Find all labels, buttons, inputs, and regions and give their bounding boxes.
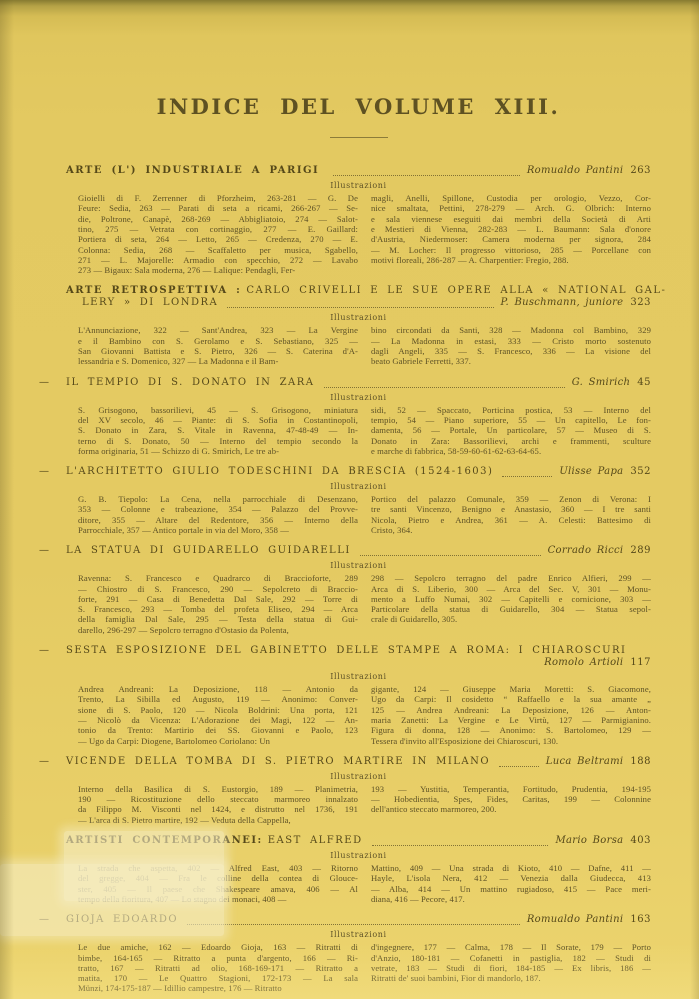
illustration-line: magli, Anelli, Spillone, Custodia per or… xyxy=(371,193,651,203)
index-section: — GIOJA EDOARDO Romualdo Pantini163 Illu… xyxy=(66,914,651,993)
illustration-line: Ravenna: S. Francesco e Quadrarco di Bra… xyxy=(78,573,358,583)
column-right: d'ingegnere, 177 — Calma, 178 — Il Sorat… xyxy=(371,942,651,993)
column-right: magli, Anelli, Spillone, Custodia per or… xyxy=(371,193,651,275)
illustration-line: — Hobedientia, Spes, Fides, Caritas, 199… xyxy=(371,794,651,804)
illustration-line: Particolare della statua di Guidarello, … xyxy=(371,604,651,614)
illustration-line: del gregge, 404 — Fra le colline della c… xyxy=(78,873,358,883)
illustration-line: Le due amiche, 162 — Edoardo Gioja, 163 … xyxy=(78,942,358,952)
illustrations-label: Illustrazioni xyxy=(66,393,651,403)
column-right: 298 — Sepolcro terragno del padre Enrico… xyxy=(371,573,651,635)
illustration-line: tempo della fioritura, 407 — Lo stagno d… xyxy=(78,894,358,904)
illustrations-label: Illustrazioni xyxy=(66,313,651,323)
illustration-line: vetrate, 183 — Studi di fiori, 184-185 —… xyxy=(371,963,651,973)
entry-page-number: 403 xyxy=(630,835,651,846)
entry-title-line1: — SESTA ESPOSIZIONE DEL GABINETTO DELLE … xyxy=(66,645,651,657)
scanned-index-page: { "page": { "title": "INDICE DEL VOLUME … xyxy=(0,0,699,999)
illustration-line: San Giovanni Battista e S. Pietro, 326 —… xyxy=(78,346,358,356)
entry-dash: — xyxy=(39,645,49,657)
illustration-line: Tessera d'invito all'Esposizione dei Chi… xyxy=(371,736,651,746)
illustration-line: Parrocchiale, 357 — Antico portale in vi… xyxy=(78,525,358,535)
illustration-line: tino, 275 — Vetrata con cortinaggio, 277… xyxy=(78,224,358,234)
illustration-line: dagli Angeli, 335 — S. Francesco, 336 — … xyxy=(371,346,651,356)
entry-title: ARTISTI CONTEMPORANEI:EAST ALFRED xyxy=(66,835,363,847)
illustration-line: 273 — Bigaux: Sala moderna, 276 — Laliqu… xyxy=(78,265,358,275)
entry-dash: — xyxy=(39,466,49,478)
entry-title: GIOJA EDOARDO xyxy=(66,914,178,926)
page-content: INDICE DEL VOLUME XIII. ARTE (L') INDUST… xyxy=(0,0,699,994)
illustrations-columns: L'Annunciazione, 322 — Sant'Andrea, 323 … xyxy=(66,325,651,366)
entry-heading: — L'ARCHITETTO GIULIO TODESCHINI DA BRES… xyxy=(66,466,651,479)
entry-title: LA STATUA DI GUIDARELLO GUIDARELLI xyxy=(66,545,351,557)
illustration-line: S. Grisogono, bassorilievi, 45 — S. Gris… xyxy=(78,405,358,415)
illustration-line: lessandria e S. Domenico, 327 — La Madon… xyxy=(78,356,358,366)
entry-author: Mario Borsa403 xyxy=(555,835,651,847)
illustration-line: — La Madonna in estasi, 333 — Cristo mor… xyxy=(371,336,651,346)
entry-title: IL TEMPIO DI S. DONATO IN ZARA xyxy=(66,377,315,389)
column-left: Andrea Andreani: La Deposizione, 118 — A… xyxy=(78,684,358,746)
illustration-line: d'ingegnere, 177 — Calma, 178 — Il Sorat… xyxy=(371,942,651,952)
illustration-line: 125 — Andrea Andreani: La Deposizione, 1… xyxy=(371,705,651,715)
illustration-line: Andrea Andreani: La Deposizione, 118 — A… xyxy=(78,684,358,694)
illustration-line: 190 — Ricostituzione dello steccato marm… xyxy=(78,794,358,804)
illustration-line: Ritratti de' suoi bambini, Fior di mando… xyxy=(371,973,651,983)
illustrations-columns: Ravenna: S. Francesco e Quadrarco di Bra… xyxy=(66,573,651,635)
illustration-line: motivi floreali, 286-287 — A. Charpentie… xyxy=(371,255,651,265)
illustration-line: dell'antico steccato marmoreo, 200. xyxy=(371,804,651,814)
illustration-line: S. Donato in Zara, S. Vitale in Ravenna,… xyxy=(78,425,358,435)
entry-page-number: 323 xyxy=(630,297,651,308)
entry-page-number: 163 xyxy=(630,914,651,925)
illustration-line: e Mestieri di Vienna, 282-283 — L. Bauma… xyxy=(371,224,651,234)
illustration-line: Interno della Basilica di S. Eustorgio, … xyxy=(78,784,358,794)
entry-heading: — GIOJA EDOARDO Romualdo Pantini163 xyxy=(66,914,651,927)
column-left: Ravenna: S. Francesco e Quadrarco di Bra… xyxy=(78,573,358,635)
entry-dash: — xyxy=(39,545,49,557)
illustration-line: La strada che aspetta, 402 — Alfred East… xyxy=(78,863,358,873)
illustration-line: Ugo da Carpi: Il cosidetto “ Raffaello e… xyxy=(371,694,651,704)
entry-title: ARTE (L') INDUSTRIALE A PARIGI xyxy=(66,165,324,177)
illustration-line: Mattino, 409 — Una strada di Kioto, 410 … xyxy=(371,863,651,873)
illustrations-label: Illustrazioni xyxy=(66,851,651,861)
illustration-line: tonio da Trento: Martirio dei SS. Giovan… xyxy=(78,725,358,735)
column-right: sidi, 52 — Spaccato, Porticina postica, … xyxy=(371,405,651,456)
title-rule xyxy=(330,137,388,138)
entry-author: P. Buschmann, juniore323 xyxy=(501,297,652,309)
illustration-line: Portiera di seta, 264 — Letto, 265 — Cre… xyxy=(78,234,358,244)
entry-author: Corrado Ricci289 xyxy=(548,545,651,557)
illustrations-label: Illustrazioni xyxy=(66,561,651,571)
entry-author: Luca Beltrami188 xyxy=(546,756,651,768)
illustration-line: ditore, 355 — Altare del Redentore, 356 … xyxy=(78,515,358,525)
entry-page-number: 45 xyxy=(637,377,651,388)
illustrations-label: Illustrazioni xyxy=(66,930,651,940)
illustration-line: nice smaltata, Pettini, 278-279 — Arch. … xyxy=(371,203,651,213)
illustrations-columns: Le due amiche, 162 — Edoardo Gioja, 163 … xyxy=(66,942,651,993)
illustration-line: e sala viennese eseguiti dai membri dell… xyxy=(371,214,651,224)
dotted-leader xyxy=(75,657,537,667)
illustration-line: Colonna: Sedia, 268 — Scaffaletto per mu… xyxy=(78,245,358,255)
column-right: Portico del palazzo Comunale, 359 — Zeno… xyxy=(371,494,651,535)
entry-heading: — SESTA ESPOSIZIONE DEL GABINETTO DELLE … xyxy=(66,645,651,669)
illustration-line: — M. Locher: Il progresso vittorioso, 28… xyxy=(371,245,651,255)
illustration-line: mento a Luffo Numai, 302 — Capitelli e c… xyxy=(371,594,651,604)
illustration-line: darello, 296-297 — Sepolcro terragno d'O… xyxy=(78,625,358,635)
illustration-line: Donato in Zara: Bassorilievi, archi e fr… xyxy=(371,436,651,446)
index-section: ARTE (L') INDUSTRIALE A PARIGI Romualdo … xyxy=(66,165,651,275)
illustrations-label: Illustrazioni xyxy=(66,672,651,682)
illustration-line: Cristo, 364. xyxy=(371,525,651,535)
illustrations-label: Illustrazioni xyxy=(66,772,651,782)
illustration-line: sione di S. Paolo, 120 — Nicola Boldrini… xyxy=(78,705,358,715)
illustration-line: Figura di donna, 128 — Anonimo: S. Barto… xyxy=(371,725,651,735)
dotted-leader xyxy=(360,545,541,556)
index-section: — IL TEMPIO DI S. DONATO IN ZARA G. Smir… xyxy=(66,377,651,456)
illustration-line: — Alba, 414 — Un mattino rugiadoso, 415 … xyxy=(371,884,651,894)
entry-author: G. Smirich45 xyxy=(572,377,651,389)
index-section: — LA STATUA DI GUIDARELLO GUIDARELLI Cor… xyxy=(66,545,651,635)
illustration-line: crale di Guidarello, 305. xyxy=(371,614,651,624)
column-left: Gioielli di F. Zerrenner di Pforzheim, 2… xyxy=(78,193,358,275)
illustration-line: damenta, 56 — Portale, Un particolare, 5… xyxy=(371,425,651,435)
illustration-line: Trento, La Sibilla ed Augusto, 119 — Ano… xyxy=(78,694,358,704)
entry-title: VICENDE DELLA TOMBA DI S. PIETRO MARTIRE… xyxy=(66,756,490,768)
column-right: bino circondati da Santi, 328 — Madonna … xyxy=(371,325,651,366)
entry-author: Ulisse Papa352 xyxy=(559,466,651,478)
entry-title: L'ARCHITETTO GIULIO TODESCHINI DA BRESCI… xyxy=(66,466,493,478)
index-section: — SESTA ESPOSIZIONE DEL GABINETTO DELLE … xyxy=(66,645,651,746)
column-right: gigante, 124 — Giuseppe Maria Moretti: S… xyxy=(371,684,651,746)
dotted-leader xyxy=(372,835,549,846)
index-section: ARTE RETROSPETTIVA :CARLO CRIVELLI E LE … xyxy=(66,285,651,366)
illustration-line: forma originaria, 51 — Schizzo di G. Smi… xyxy=(78,446,358,456)
dotted-leader xyxy=(227,297,493,308)
entry-heading: ARTE (L') INDUSTRIALE A PARIGI Romualdo … xyxy=(66,165,651,178)
illustration-line: diana, 416 — Pecore, 417. xyxy=(371,894,651,904)
entry-page-number: 289 xyxy=(630,545,651,556)
illustrations-columns: Gioielli di F. Zerrenner di Pforzheim, 2… xyxy=(66,193,651,275)
illustrations-columns: La strada che aspetta, 402 — Alfred East… xyxy=(66,863,651,904)
column-left: Interno della Basilica di S. Eustorgio, … xyxy=(78,784,358,825)
illustration-line: del XV secolo, 46 — Piante: di S. Sofia … xyxy=(78,415,358,425)
illustration-line: e marche di fabbrica, 58-59-60-61-62-63-… xyxy=(371,446,651,456)
illustration-line: bino circondati da Santi, 328 — Madonna … xyxy=(371,325,651,335)
entry-page-number: 188 xyxy=(630,756,651,767)
illustration-line: Nicola, Pietro e Andrea, 361 — A. Celest… xyxy=(371,515,651,525)
entry-page-number: 117 xyxy=(630,657,651,668)
illustration-line: terno di S. Donato, 50 — Interno del tem… xyxy=(78,436,358,446)
entry-title-line2: LERY » DI LONDRA P. Buschmann, juniore32… xyxy=(66,297,651,310)
illustration-line: maria Zanetti: La Vergine e Le Virtù, 12… xyxy=(371,715,651,725)
illustration-line: della famiglia Dal Sale, 295 — Testa del… xyxy=(78,614,358,624)
illustration-line: 271 — L. Majorelle: Armadio con specchio… xyxy=(78,255,358,265)
entry-heading: — IL TEMPIO DI S. DONATO IN ZARA G. Smir… xyxy=(66,377,651,390)
column-left: L'Annunciazione, 322 — Sant'Andrea, 323 … xyxy=(78,325,358,366)
entry-page-number: 263 xyxy=(630,165,651,176)
entry-author: Romualdo Pantini163 xyxy=(527,914,651,926)
entry-author: Romolo Artioli117 xyxy=(544,657,651,669)
entry-heading: — VICENDE DELLA TOMBA DI S. PIETRO MARTI… xyxy=(66,756,651,769)
illustration-line: da Filippo M. Visconti nel 1424, e distr… xyxy=(78,804,358,814)
column-left: S. Grisogono, bassorilievi, 45 — S. Gris… xyxy=(78,405,358,456)
illustration-line: Gioielli di F. Zerrenner di Pforzheim, 2… xyxy=(78,193,358,203)
illustration-line: — Chiostro di S. Francesco, 290 — Sepolc… xyxy=(78,584,358,594)
illustrations-columns: S. Grisogono, bassorilievi, 45 — S. Gris… xyxy=(66,405,651,456)
illustration-line: sidi, 52 — Spaccato, Porticina postica, … xyxy=(371,405,651,415)
illustration-line: gigante, 124 — Giuseppe Maria Moretti: S… xyxy=(371,684,651,694)
illustration-line: Portico del palazzo Comunale, 359 — Zeno… xyxy=(371,494,651,504)
illustration-line: G. B. Tiepolo: La Cena, nella parrocchia… xyxy=(78,494,358,504)
entry-heading: — LA STATUA DI GUIDARELLO GUIDARELLI Cor… xyxy=(66,545,651,558)
index-section: ARTISTI CONTEMPORANEI:EAST ALFRED Mario … xyxy=(66,835,651,904)
illustration-line: forte, 291 — Casa di Benedetta Dal Sale,… xyxy=(78,594,358,604)
illustration-line: d'Anzio, 180-181 — Cofanetti in pastigli… xyxy=(371,953,651,963)
illustrations-columns: Andrea Andreani: La Deposizione, 118 — A… xyxy=(66,684,651,746)
column-left: La strada che aspetta, 402 — Alfred East… xyxy=(78,863,358,904)
entry-author: Romualdo Pantini263 xyxy=(527,165,651,177)
illustration-line: Münzi, 174-175-187 — Idillio campestre, … xyxy=(78,983,358,993)
illustration-line: bimbe, 164-165 — Ritratto a punta d'arge… xyxy=(78,953,358,963)
index-section: — VICENDE DELLA TOMBA DI S. PIETRO MARTI… xyxy=(66,756,651,825)
entry-heading: ARTE RETROSPETTIVA :CARLO CRIVELLI E LE … xyxy=(66,285,651,310)
illustration-line: tempio, 54 — Piano superiore, 55 — Un ca… xyxy=(371,415,651,425)
illustration-line: die, Poltrone, Canapè, 268-269 — Abbigli… xyxy=(78,214,358,224)
page-title: INDICE DEL VOLUME XIII. xyxy=(66,94,651,120)
illustrations-label: Illustrazioni xyxy=(66,181,651,191)
dotted-leader xyxy=(499,756,539,767)
entry-title: SESTA ESPOSIZIONE DEL GABINETTO DELLE ST… xyxy=(66,645,627,657)
illustration-line: matita, 170 — Le Quattro Stagioni, 172-1… xyxy=(78,973,358,983)
illustration-line: 298 — Sepolcro terragno del padre Enrico… xyxy=(371,573,651,583)
column-right: Mattino, 409 — Una strada di Kioto, 410 … xyxy=(371,863,651,904)
entry-heading: ARTISTI CONTEMPORANEI:EAST ALFRED Mario … xyxy=(66,835,651,848)
illustration-line: e il Bambino con S. Gerolamo e S. Sebast… xyxy=(78,336,358,346)
illustration-line: S. Francesco, 293 — Tomba del profeta El… xyxy=(78,604,358,614)
illustration-line: tratto, 167 — Ritratti ad olio, 168-169-… xyxy=(78,963,358,973)
entry-title-line1: ARTE RETROSPETTIVA :CARLO CRIVELLI E LE … xyxy=(66,285,651,297)
entry-title-line2: Romolo Artioli117 xyxy=(66,657,651,669)
entry-title: ARTE RETROSPETTIVA :CARLO CRIVELLI E LE … xyxy=(66,285,666,297)
illustration-line: d'Austria, Niedermoser: Camera moderna p… xyxy=(371,234,651,244)
column-right: 193 — Yustitia, Temperantia, Fortitudo, … xyxy=(371,784,651,825)
dotted-leader xyxy=(187,914,520,925)
entry-dash: — xyxy=(39,756,49,768)
illustration-line: 193 — Yustitia, Temperantia, Fortitudo, … xyxy=(371,784,651,794)
entry-page-number: 352 xyxy=(630,466,651,477)
illustration-line: ster, 405 — Il paese che Shakespeare ama… xyxy=(78,884,358,894)
illustration-line: — Ugo da Carpi: Diogene, Bartolomeo Cori… xyxy=(78,736,358,746)
column-left: G. B. Tiepolo: La Cena, nella parrocchia… xyxy=(78,494,358,535)
entry-dash: — xyxy=(39,914,49,926)
index-section: — L'ARCHITETTO GIULIO TODESCHINI DA BRES… xyxy=(66,466,651,535)
illustration-line: Hayle, L'isola Nera, 412 — Venezia dalla… xyxy=(371,873,651,883)
illustration-line: tre santi Vincenzo, Benigno e Anastasio,… xyxy=(371,504,651,514)
illustrations-columns: Interno della Basilica di S. Eustorgio, … xyxy=(66,784,651,825)
illustration-line: — L'arca di S. Pietro martire, 192 — Ved… xyxy=(78,815,358,825)
illustration-line: — Nicolò da Vicenza: L'Adorazione dei Ma… xyxy=(78,715,358,725)
illustration-line: Feure: Sedia, 263 — Parati di seta a ric… xyxy=(78,203,358,213)
illustration-line: beato Gabriele Ferretti, 337. xyxy=(371,356,651,366)
column-left: Le due amiche, 162 — Edoardo Gioja, 163 … xyxy=(78,942,358,993)
dotted-leader xyxy=(324,377,565,388)
illustrations-columns: G. B. Tiepolo: La Cena, nella parrocchia… xyxy=(66,494,651,535)
dotted-leader xyxy=(502,466,552,477)
illustration-line: L'Annunciazione, 322 — Sant'Andrea, 323 … xyxy=(78,325,358,335)
illustration-line: Arca di S. Liberio, 300 — Arca del Sec. … xyxy=(371,584,651,594)
illustrations-label: Illustrazioni xyxy=(66,482,651,492)
illustration-line: 353 — Colonne e trabeazione, 354 — Palaz… xyxy=(78,504,358,514)
dotted-leader xyxy=(333,165,520,176)
entry-dash: — xyxy=(39,377,49,389)
